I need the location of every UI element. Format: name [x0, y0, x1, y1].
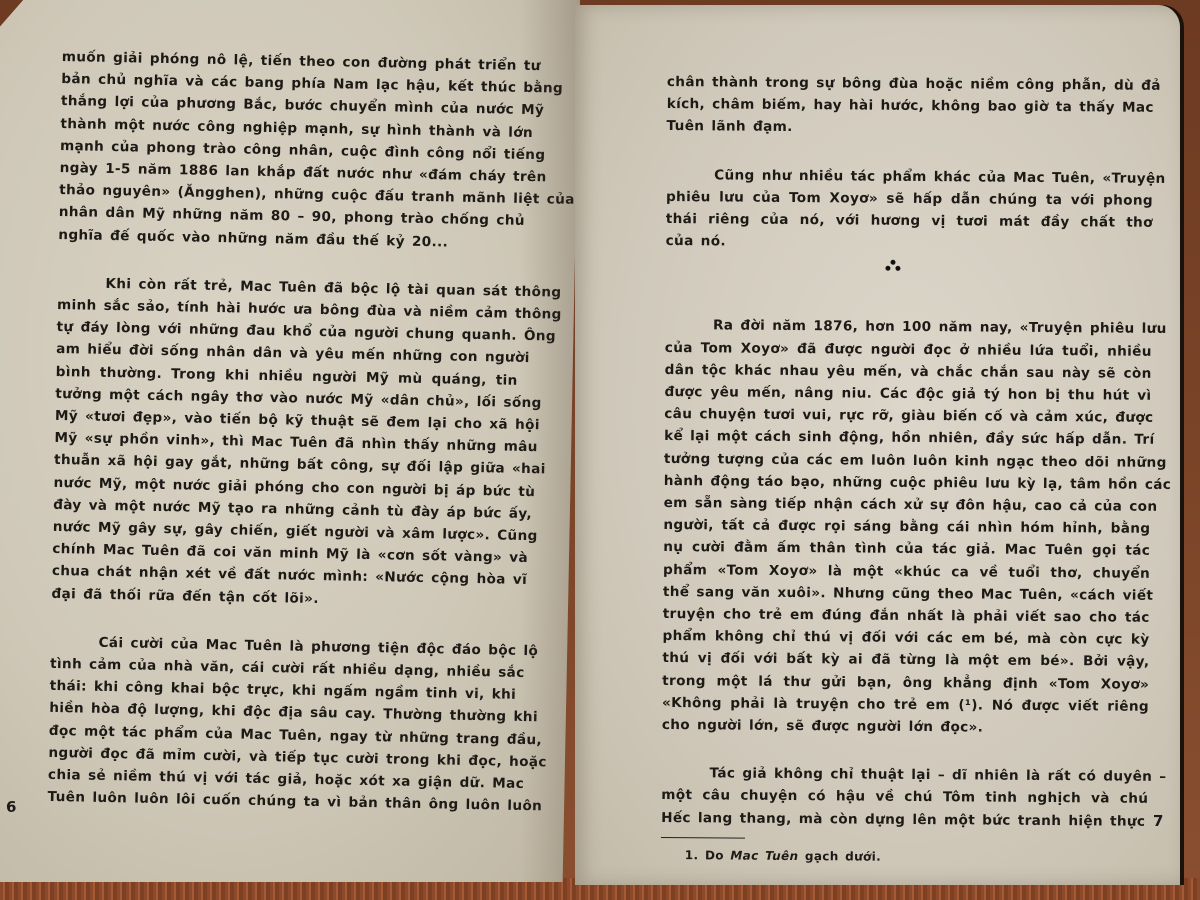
text-line: thái riêng của nó, với hương vị tươi mát…: [666, 208, 1153, 234]
right-page-body: chân thành trong sự bông đùa hoặc niềm c…: [661, 71, 1154, 870]
footnote-prefix: Do: [705, 848, 724, 862]
footnote-rule: [661, 837, 745, 839]
footnote-suffix: gạch dưới.: [805, 849, 881, 864]
text-line: Tuên lãnh đạm.: [666, 115, 1153, 141]
right-page-number: 7: [1153, 812, 1163, 830]
paragraph: Ra đời năm 1876, hơn 100 năm nay, «Truyệ…: [662, 314, 1152, 740]
paragraph: Tác giả không chỉ thuật lại – dĩ nhiên l…: [661, 762, 1149, 832]
paragraph: chân thành trong sự bông đùa hoặc niềm c…: [666, 71, 1154, 141]
right-page: chân thành trong sự bông đùa hoặc niềm c…: [575, 5, 1180, 885]
text-line: Hếc lang thang, mà còn dựng lên một bức …: [661, 807, 1148, 833]
text-line: Ra đời năm 1876, hơn 100 năm nay, «Truyệ…: [665, 314, 1152, 340]
paragraph: Cũng như nhiều tác phẩm khác của Mac Tuê…: [666, 164, 1154, 257]
footnote: 1. Do Mac Tuên gạch dưới.: [661, 844, 1148, 870]
right-bottom-paragraphs: Ra đời năm 1876, hơn 100 năm nay, «Truyệ…: [661, 314, 1152, 832]
paragraph: Cái cười của Mac Tuên là phương tiện độc…: [47, 631, 512, 817]
left-page-number: 6: [6, 798, 16, 816]
footnote-marker: 1.: [685, 848, 699, 862]
left-page-body: muốn giải phóng nô lệ, tiến theo con đườ…: [47, 46, 524, 817]
paragraph: muốn giải phóng nô lệ, tiến theo con đườ…: [58, 46, 524, 255]
text-line: cho người lớn, sẽ được người lớn đọc».: [662, 714, 1149, 740]
paragraph: Khi còn rất trẻ, Mac Tuên đã bộc lộ tài …: [51, 272, 519, 614]
left-page: muốn giải phóng nô lệ, tiến theo con đườ…: [0, 0, 580, 882]
footnote-italic: Mac Tuên: [730, 848, 798, 863]
section-divider: [665, 252, 1152, 318]
right-top-paragraphs: chân thành trong sự bông đùa hoặc niềm c…: [666, 71, 1154, 256]
three-dots-icon: [884, 260, 902, 274]
